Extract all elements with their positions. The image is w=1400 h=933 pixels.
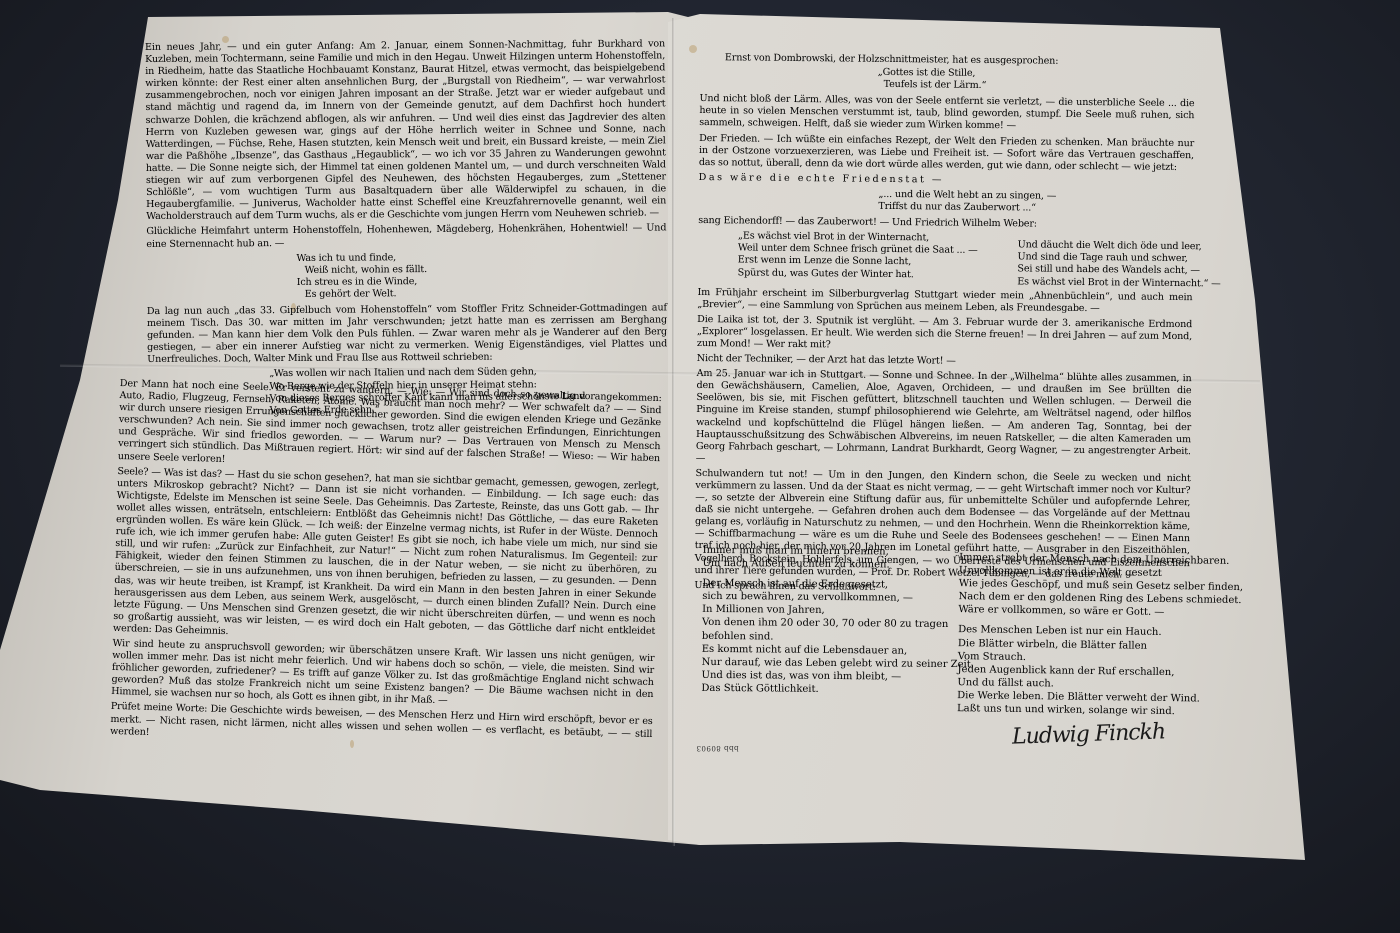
closing-poem-right: Immer strebt der Mensch nach dem Unerrei… bbox=[957, 551, 1229, 726]
paragraph: Der Mann hat noch eine Seele. Er versteh… bbox=[118, 378, 662, 478]
paragraph: Die Laika ist tot, der 3. Sputnik ist ve… bbox=[697, 314, 1192, 355]
paragraph: Wir sind heute zu anspruchsvoll geworden… bbox=[111, 638, 654, 714]
paragraph: Da lag nun auch „das 33. Gipfelbuch vom … bbox=[147, 302, 667, 366]
stanza: Immer muß man im Innern brennen, Um nach… bbox=[702, 544, 962, 572]
verse-line: Es gehört der Welt. bbox=[297, 286, 667, 301]
quote-line: Triffst du nur das Zauberwort ...“ bbox=[878, 201, 1193, 216]
quote-block: „Gottes ist die Stille, Teufels ist der … bbox=[878, 67, 1195, 95]
paragraph: sang Eichendorff! — das Zauberwort! — Un… bbox=[698, 215, 1193, 232]
verse-line: Spürst du, was Gutes der Winter hat. bbox=[738, 267, 978, 282]
verse-block: „Es wächst viel Brot in der Winternacht,… bbox=[738, 231, 978, 288]
poem-line: Das Stück Göttlichkeit. bbox=[701, 682, 961, 697]
verse-block: Was ich tu und finde, Weiß nicht, wohin … bbox=[296, 250, 666, 301]
printer-code: bbb 80903 bbox=[696, 744, 738, 752]
poem-line: Um nach Außen leuchten zu können. bbox=[702, 557, 962, 572]
left-page-upper-text: Ein neues Jahr, — und ein guter Anfang: … bbox=[145, 38, 668, 421]
paragraph: Der Frieden. — Ich wüßte ein einfaches R… bbox=[699, 133, 1194, 174]
quote-line: Teufels ist der Lärm.“ bbox=[878, 79, 1195, 94]
paragraph: Glückliche Heimfahrt unterm Hohenstoffel… bbox=[146, 223, 666, 251]
paragraph: Und nicht bloß der Lärm. Alles, was von … bbox=[699, 93, 1194, 134]
paragraph: Am 25. Januar war ich in Stuttgart. — So… bbox=[696, 368, 1192, 470]
center-fold-crease bbox=[672, 18, 675, 846]
paragraph: Ein neues Jahr, — und ein guter Anfang: … bbox=[145, 38, 666, 223]
right-page-text: Ernst von Dombrowski, der Holzschnittmei… bbox=[694, 52, 1195, 600]
paragraph: Seele? — Was ist das? — Hast du sie scho… bbox=[113, 466, 660, 650]
closing-poem-left: Immer muß man im Innern brennen, Um nach… bbox=[701, 544, 962, 704]
stanza: Des Menschen Leben ist nur ein Hauch. Di… bbox=[957, 624, 1228, 719]
paper-stain bbox=[689, 45, 697, 53]
quote-block: „... und die Welt hebt an zu singen, — T… bbox=[878, 189, 1193, 216]
paragraph: Das wäre die echte Friedenstat — bbox=[699, 172, 1194, 189]
handwritten-signature: Ludwig Finckh bbox=[1012, 719, 1166, 749]
stanza: Der Mensch ist auf die Erde gesetzt, sic… bbox=[701, 577, 962, 697]
left-page-lower-text: Der Mann hat noch eine Seele. Er versteh… bbox=[110, 378, 662, 756]
verse-block: Und däucht die Welt dich öde und leer, U… bbox=[1017, 240, 1221, 291]
verse-line: Es wächst viel Brot in der Winternacht.“… bbox=[1017, 276, 1220, 290]
weber-poem: „Es wächst viel Brot in der Winternacht,… bbox=[738, 231, 1194, 290]
paragraph: Im Frühjahr erscheint im Silberburgverla… bbox=[697, 287, 1192, 316]
stanza: Immer strebt der Mensch nach dem Unerrei… bbox=[958, 551, 1229, 620]
paragraph: Nicht der Techniker, — der Arzt hat das … bbox=[697, 353, 1192, 370]
